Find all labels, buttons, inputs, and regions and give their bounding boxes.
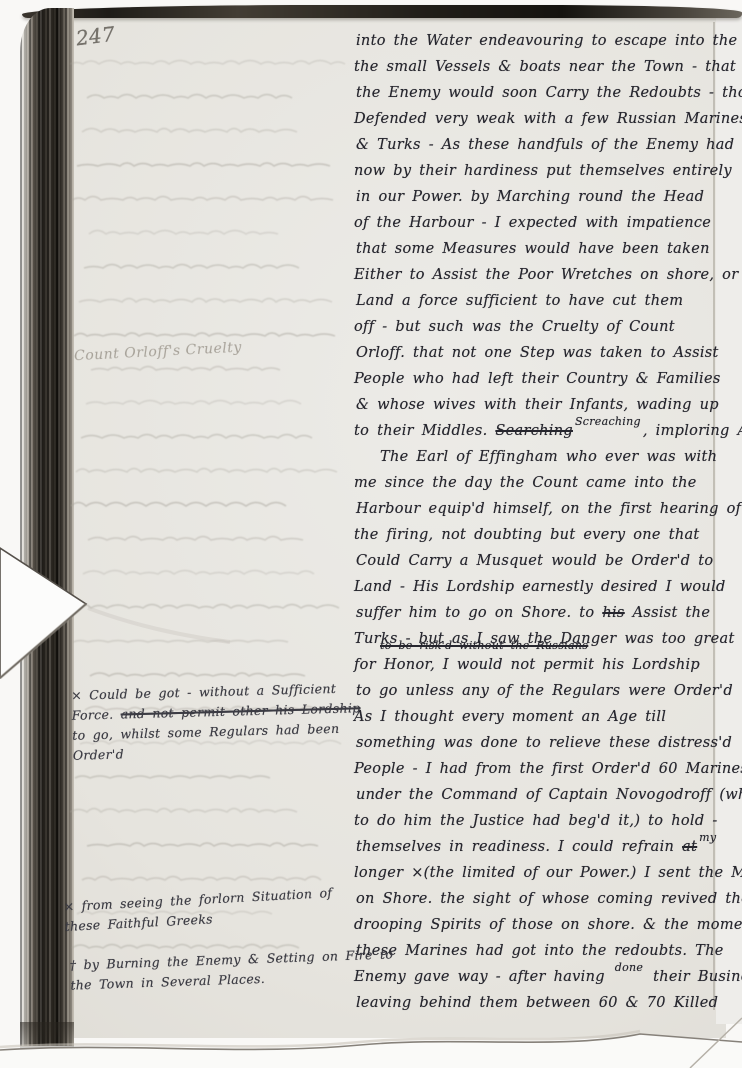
page-bottom-edge: [0, 998, 742, 1068]
interline-insertion: Screaching: [575, 415, 641, 428]
manuscript-scan: 247 Count Orloff's Cruelty into the Wate…: [0, 0, 742, 1068]
manuscript-line: on Shore. the sight of whose coming revi…: [356, 886, 734, 912]
manuscript-line: drooping Spirits of those on shore. & th…: [354, 912, 734, 938]
manuscript-line: that some Measures would have been taken: [356, 236, 734, 262]
struck-word: at: [682, 839, 697, 855]
struck-word: his: [602, 605, 624, 621]
manuscript-line: me since the day the Count came into the: [354, 470, 734, 496]
manuscript-line: As I thought every moment an Age till: [354, 704, 734, 730]
manuscript-line: Defended very weak with a few Russian Ma…: [354, 106, 734, 132]
manuscript-line: the small Vessels & boats near the Town …: [354, 54, 734, 80]
struck-word: Searching: [495, 423, 573, 439]
manuscript-line: to do him the Justice had beg'd it,) to …: [354, 808, 734, 834]
manuscript-line: People - I had from the first Order'd 60…: [354, 756, 734, 782]
manuscript-line-with-correction: Enemy gave way - after having done their…: [354, 964, 734, 990]
line-text: , imploring Assistance: [643, 423, 742, 439]
line-text: their Business †: [645, 969, 742, 985]
manuscript-line-with-correction: suffer him to go on Shore. to his Assist…: [356, 600, 734, 626]
manuscript-text: into the Water endeavouring to escape in…: [354, 28, 734, 1016]
manuscript-line: into the Water endeavouring to escape in…: [356, 28, 734, 54]
manuscript-line-with-correction: themselves in readiness. I could refrain…: [356, 834, 734, 860]
line-text: themselves in readiness. I could refrain: [356, 839, 682, 855]
manuscript-line: & whose wives with their Infants, wading…: [356, 392, 734, 418]
manuscript-line: Land a force sufficient to have cut them: [356, 288, 734, 314]
manuscript-line: longer ×(the limited of our Power.) I se…: [354, 860, 734, 886]
manuscript-line: to go unless any of the Regulars were Or…: [356, 678, 734, 704]
manuscript-line: People who had left their Country & Fami…: [354, 366, 734, 392]
manuscript-line: these Marines had got into the redoubts.…: [356, 938, 734, 964]
struck-insertion: to be risk'd without the Russians: [380, 639, 588, 652]
manuscript-line: Could Carry a Musquet would be Order'd t…: [356, 548, 734, 574]
manuscript-line: off - but such was the Cruelty of Count: [354, 314, 734, 340]
page-number: 247: [75, 22, 117, 51]
manuscript-line: The Earl of Effingham who ever was with: [356, 444, 734, 470]
line-text: to their Middles.: [354, 423, 495, 439]
interline-insertion: done: [615, 961, 643, 974]
manuscript-line-with-correction: to their Middles. SearchingScreaching, i…: [354, 418, 734, 444]
manuscript-line: under the Command of Captain Novogodroff…: [356, 782, 734, 808]
line-text: Assist the: [625, 605, 711, 621]
manuscript-line: the firing, not doubting but every one t…: [354, 522, 734, 548]
manuscript-line: Harbour equip'd himself, on the first he…: [356, 496, 734, 522]
manuscript-line: in our Power. by Marching round the Head: [356, 184, 734, 210]
manuscript-line: now by their hardiness put themselves en…: [354, 158, 734, 184]
manuscript-line: for Honor, I would not permit his Lordsh…: [354, 652, 734, 678]
page-corner-wedge: [0, 538, 260, 718]
manuscript-line: Land - His Lordship earnestly desired I …: [354, 574, 734, 600]
manuscript-line: something was done to relieve these dist…: [356, 730, 734, 756]
manuscript-line: of the Harbour - I expected with impatie…: [354, 210, 734, 236]
line-text: suffer him to go on Shore. to: [356, 605, 602, 621]
manuscript-line: & Turks - As these handfuls of the Enemy…: [356, 132, 734, 158]
manuscript-line: Either to Assist the Poor Wretches on sh…: [354, 262, 734, 288]
interline-insertion: my: [699, 831, 716, 844]
manuscript-line: the Enemy would soon Carry the Redoubts …: [356, 80, 734, 106]
manuscript-line: Orloff. that not one Step was taken to A…: [356, 340, 734, 366]
